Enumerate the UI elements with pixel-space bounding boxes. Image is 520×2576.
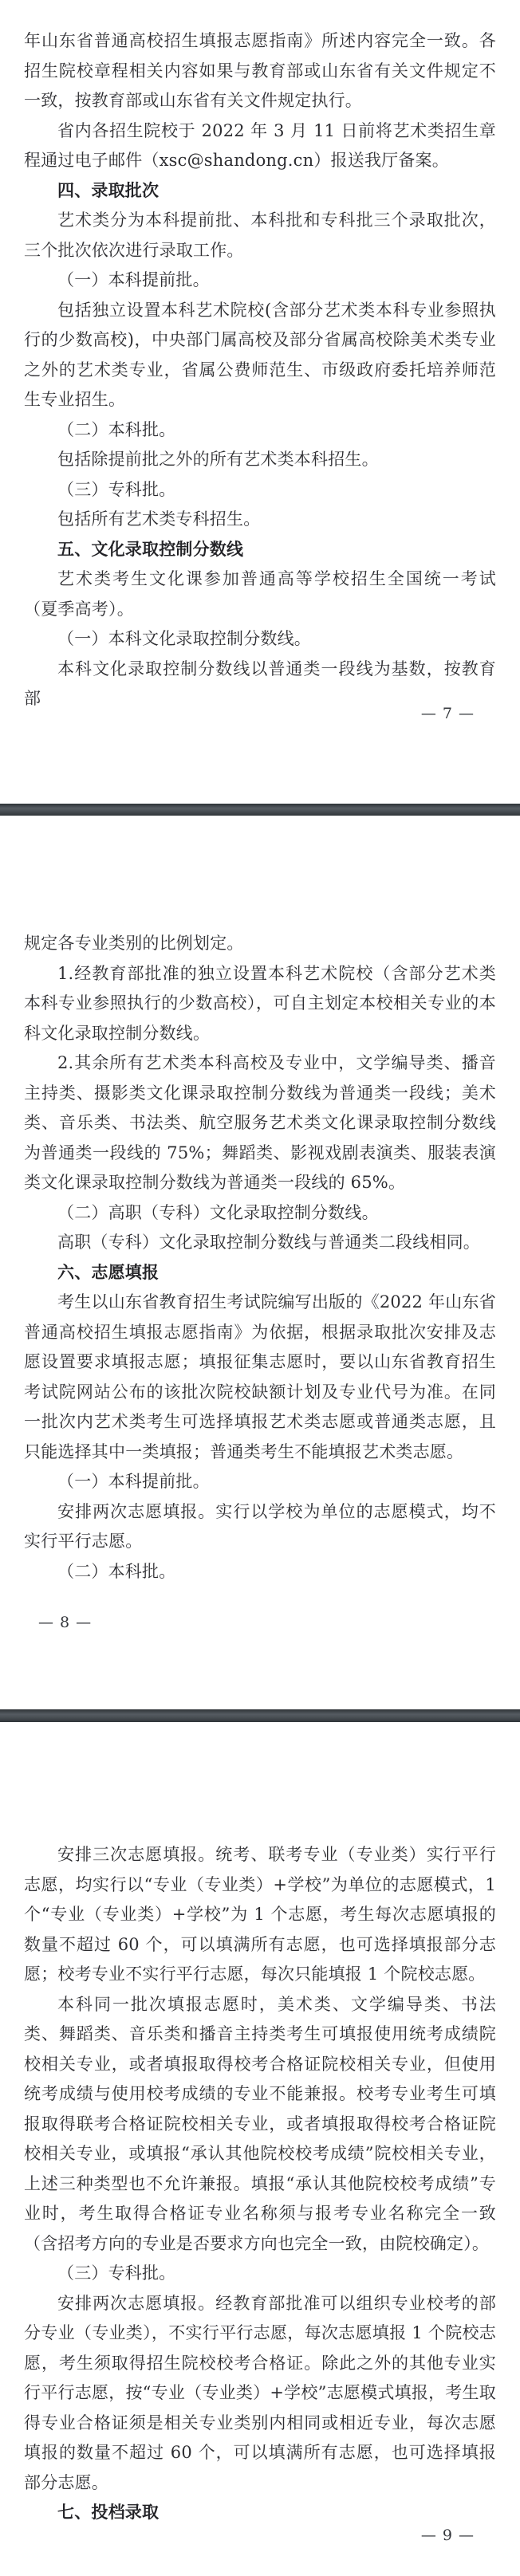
paragraph: （一）本科提前批。 bbox=[24, 1467, 496, 1497]
paragraph: 包括独立设置本科艺术院校(含部分艺术类本科专业参照执行的少数高校)，中央部门属高… bbox=[24, 296, 496, 415]
page-9: 安排三次志愿填报。统考、联考专业（专业类）实行平行志愿，均实行以“专业（专业类）… bbox=[0, 1722, 520, 2576]
section-heading: 六、志愿填报 bbox=[24, 1258, 496, 1288]
paragraph: （二）本科批。 bbox=[24, 415, 496, 446]
paragraph: 艺术类分为本科提前批、本科批和专科批三个录取批次，三个批次依次进行录取工作。 bbox=[24, 206, 496, 265]
paragraph: 安排三次志愿填报。统考、联考专业（专业类）实行平行志愿，均实行以“专业（专业类）… bbox=[24, 1840, 496, 1990]
section-heading: 五、文化录取控制分数线 bbox=[24, 535, 496, 565]
page-content: 规定各专业类别的比例划定。1.经教育部批准的独立设置本科艺术院校（含部分艺术类本… bbox=[24, 929, 496, 1587]
paragraph: （二）本科批。 bbox=[24, 1557, 496, 1587]
paragraph: 包括除提前批之外的所有艺术类本科招生。 bbox=[24, 445, 496, 475]
paragraph: （一）本科提前批。 bbox=[24, 265, 496, 296]
paragraph: 规定各专业类别的比例划定。 bbox=[24, 929, 496, 959]
page-number: — 7 — bbox=[421, 706, 475, 722]
page-number: — 8 — bbox=[38, 1614, 92, 1630]
paragraph: 包括所有艺术类专科招生。 bbox=[24, 505, 496, 535]
section-heading: 七、投档录取 bbox=[24, 2498, 496, 2528]
paragraph: （三）专科批。 bbox=[24, 2259, 496, 2289]
paragraph: 本科同一批次填报志愿时，美术类、文学编导类、书法类、舞蹈类、音乐类和播音主持类考… bbox=[24, 1990, 496, 2259]
paragraph: 考生以山东省教育招生考试院编写出版的《2022 年山东省普通高校招生填报志愿指南… bbox=[24, 1288, 496, 1467]
page-content: 安排三次志愿填报。统考、联考专业（专业类）实行平行志愿，均实行以“专业（专业类）… bbox=[24, 1840, 496, 2528]
page-separator bbox=[0, 804, 520, 816]
paragraph: 年山东省普通高校招生填报志愿指南》所述内容完全一致。各招生院校章程相关内容如果与… bbox=[24, 26, 496, 116]
paragraph: （二）高职（专科）文化录取控制分数线。 bbox=[24, 1198, 496, 1229]
page-8: 规定各专业类别的比例划定。1.经教育部批准的独立设置本科艺术院校（含部分艺术类本… bbox=[0, 816, 520, 1709]
page-number: — 9 — bbox=[421, 2527, 475, 2543]
page-content: 年山东省普通高校招生填报志愿指南》所述内容完全一致。各招生院校章程相关内容如果与… bbox=[24, 26, 496, 714]
paragraph: 2.其余所有艺术类本科高校及专业中，文学编导类、播音主持类、摄影类文化课录取控制… bbox=[24, 1048, 496, 1198]
paragraph: 艺术类考生文化课参加普通高等学校招生全国统一考试（夏季高考）。 bbox=[24, 564, 496, 624]
page-separator bbox=[0, 1709, 520, 1722]
paragraph: 高职（专科）文化录取控制分数线与普通类二段线相同。 bbox=[24, 1228, 496, 1258]
paragraph: 安排两次志愿填报。实行以学校为单位的志愿模式，均不实行平行志愿。 bbox=[24, 1497, 496, 1557]
section-heading: 四、录取批次 bbox=[24, 176, 496, 206]
paragraph: 1.经教育部批准的独立设置本科艺术院校（含部分艺术类本科专业参照执行的少数高校）… bbox=[24, 959, 496, 1049]
document: 年山东省普通高校招生填报志愿指南》所述内容完全一致。各招生院校章程相关内容如果与… bbox=[0, 0, 520, 2576]
paragraph: 安排两次志愿填报。经教育部批准可以组织专业校考的部分专业（专业类），不实行平行志… bbox=[24, 2289, 496, 2499]
paragraph: （一）本科文化录取控制分数线。 bbox=[24, 624, 496, 655]
paragraph: （三）专科批。 bbox=[24, 475, 496, 505]
page-7: 年山东省普通高校招生填报志愿指南》所述内容完全一致。各招生院校章程相关内容如果与… bbox=[0, 0, 520, 804]
paragraph: 省内各招生院校于 2022 年 3 月 11 日前将艺术类招生章程通过电子邮件（… bbox=[24, 116, 496, 176]
